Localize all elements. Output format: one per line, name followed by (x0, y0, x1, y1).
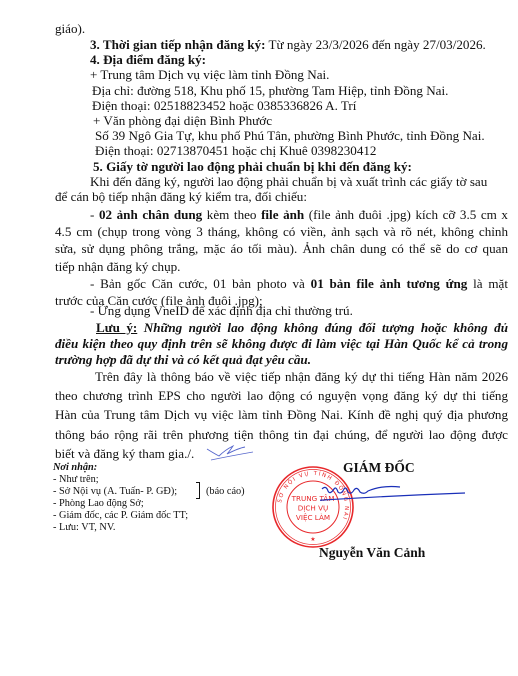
closing-line-4: thông báo rộng rãi trên phương tiện thôn… (55, 427, 508, 442)
recipients-bracket (196, 482, 200, 499)
note-line-2: điều kiện theo quy định trên sẽ không đư… (55, 336, 508, 351)
handwritten-signature-icon (320, 483, 470, 513)
item-photos-line-3: sửa, sử dụng phông trắng, mặc áo tối màu… (55, 241, 508, 256)
location-2-phone: Điện thoại: 02713870451 hoặc chị Khuê 03… (95, 143, 376, 158)
svg-text:★: ★ (310, 536, 315, 543)
section-3-heading: 3. Thời gian tiếp nhận đăng ký: (90, 37, 265, 52)
document-page: giáo). 3. Thời gian tiếp nhận đăng ký: T… (0, 0, 518, 676)
recipient-item: - Lưu: VT, NV. (53, 522, 116, 534)
item-vneid: - Ứng dụng VneID để xác định địa chỉ thư… (90, 303, 353, 318)
closing-line-3: Hàn của Trung tâm Dịch vụ việc làm tỉnh … (55, 407, 508, 422)
recipient-item: - Như trên; (53, 474, 99, 486)
svg-text:VIỆC LÀM: VIỆC LÀM (296, 513, 330, 522)
section-4-heading: 4. Địa điểm đăng ký: (90, 52, 206, 67)
closing-line-2: theo chương trình EPS cho người lao động… (55, 388, 508, 403)
recipient-item: - Sở Nội vụ (A. Tuấn- P. GĐ); (53, 486, 177, 498)
location-2-name: + Văn phòng đại diện Bình Phước (93, 113, 272, 128)
note-line-1: Lưu ý: Những người lao động không đúng đ… (96, 320, 508, 335)
location-1-name: + Trung tâm Dịch vụ việc làm tỉnh Đồng N… (90, 67, 329, 82)
recipients-title: Nơi nhận: (53, 462, 97, 474)
location-2-address: Số 39 Ngô Gia Tự, khu phố Phú Tân, phườn… (95, 128, 485, 143)
location-1-phone: Điện thoại: 02518823452 hoặc 0385336826 … (92, 98, 356, 113)
previous-paragraph-tail: giáo). (55, 21, 85, 36)
location-1-address: Địa chỉ: đường 518, Khu phố 15, phường T… (92, 83, 448, 98)
section-5-intro-1: Khi đến đăng ký, người lao động phải chu… (90, 174, 487, 189)
note-line-3: trường hợp đã dự thi và có kết quả đạt y… (55, 352, 311, 367)
section-3-line: 3. Thời gian tiếp nhận đăng ký: Từ ngày … (90, 37, 486, 52)
recipients-group-note: (báo cáo) (206, 486, 245, 498)
section-5-heading: 5. Giấy tờ người lao động phải chuẩn bị … (93, 159, 412, 174)
item-photos-line-1: - 02 ảnh chân dung kèm theo file ảnh (fi… (90, 207, 508, 222)
closing-line-1: Trên đây là thông báo về việc tiếp nhận … (95, 369, 508, 384)
note-label: Lưu ý: (96, 320, 137, 335)
item-photos-line-4: tiếp nhận đăng ký chụp. (55, 259, 180, 274)
section-5-intro-2: để cán bộ tiếp nhận đăng ký kiểm tra, đố… (55, 189, 307, 204)
item-photos-line-2: 4.5 cm (chụp trong vòng 3 tháng, không c… (55, 224, 508, 239)
item-id-card-line-1: - Bản gốc Căn cước, 01 bản photo và 01 b… (90, 276, 508, 291)
recipient-item: - Giám đốc, các P. Giám đốc TT; (53, 510, 188, 522)
initials-scribble-icon (205, 440, 255, 462)
recipient-item: - Phòng Lao động Sở; (53, 498, 144, 510)
closing-line-5: biết và đăng ký tham gia./. (55, 446, 194, 461)
signatory-name: Nguyễn Văn Cảnh (319, 545, 425, 560)
section-3-text: Từ ngày 23/3/2026 đến ngày 27/03/2026. (265, 37, 485, 52)
